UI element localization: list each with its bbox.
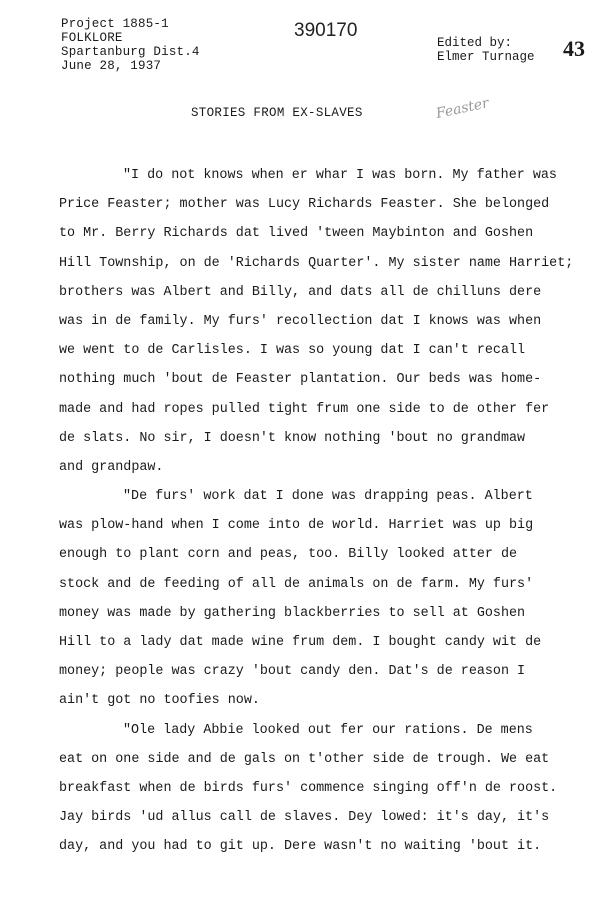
page-number: 43: [563, 36, 585, 62]
body-text: "I do not knows when er whar I was born.…: [59, 161, 573, 862]
text-line: was plow-hand when I come into de world.…: [59, 511, 573, 540]
text-line: nothing much 'bout de Feaster plantation…: [59, 365, 573, 394]
text-line: money; people was crazy 'bout candy den.…: [59, 657, 573, 686]
text-line: "I do not knows when er whar I was born.…: [59, 161, 573, 190]
text-line: we went to de Carlisles. I was so young …: [59, 336, 573, 365]
category-line: FOLKLORE: [61, 31, 200, 45]
text-line: day, and you had to git up. Dere wasn't …: [59, 832, 573, 861]
project-line: Project 1885-1: [61, 17, 200, 31]
editor-name: Elmer Turnage: [437, 50, 535, 64]
document-number: 390170: [294, 20, 357, 42]
text-line: money was made by gathering blackberries…: [59, 599, 573, 628]
header-project-info: Project 1885-1 FOLKLORE Spartanburg Dist…: [61, 17, 200, 73]
text-line: made and had ropes pulled tight frum one…: [59, 395, 573, 424]
text-line: breakfast when de birds furs' commence s…: [59, 774, 573, 803]
text-line: eat on one side and de gals on t'other s…: [59, 745, 573, 774]
date-line: June 28, 1937: [61, 59, 200, 73]
text-line: Jay birds 'ud allus call de slaves. Dey …: [59, 803, 573, 832]
text-line: enough to plant corn and peas, too. Bill…: [59, 540, 573, 569]
text-line: "Ole lady Abbie looked out fer our ratio…: [59, 716, 573, 745]
text-line: to Mr. Berry Richards dat lived 'tween M…: [59, 219, 573, 248]
text-line: brothers was Albert and Billy, and dats …: [59, 278, 573, 307]
text-line: Price Feaster; mother was Lucy Richards …: [59, 190, 573, 219]
text-line: de slats. No sir, I doesn't know nothing…: [59, 424, 573, 453]
text-line: was in de family. My furs' recollection …: [59, 307, 573, 336]
text-line: stock and de feeding of all de animals o…: [59, 570, 573, 599]
text-line: and grandpaw.: [59, 453, 573, 482]
district-line: Spartanburg Dist.4: [61, 45, 200, 59]
edited-by-label: Edited by:: [437, 36, 535, 50]
text-line: Hill Township, on de 'Richards Quarter'.…: [59, 249, 573, 278]
editor-info: Edited by: Elmer Turnage: [437, 36, 535, 64]
document-title: STORIES FROM EX-SLAVES: [191, 106, 363, 120]
text-line: Hill to a lady dat made wine frum dem. I…: [59, 628, 573, 657]
text-line: ain't got no toofies now.: [59, 686, 573, 715]
text-line: "De furs' work dat I done was drapping p…: [59, 482, 573, 511]
handwritten-annotation: Feaster: [435, 95, 491, 122]
